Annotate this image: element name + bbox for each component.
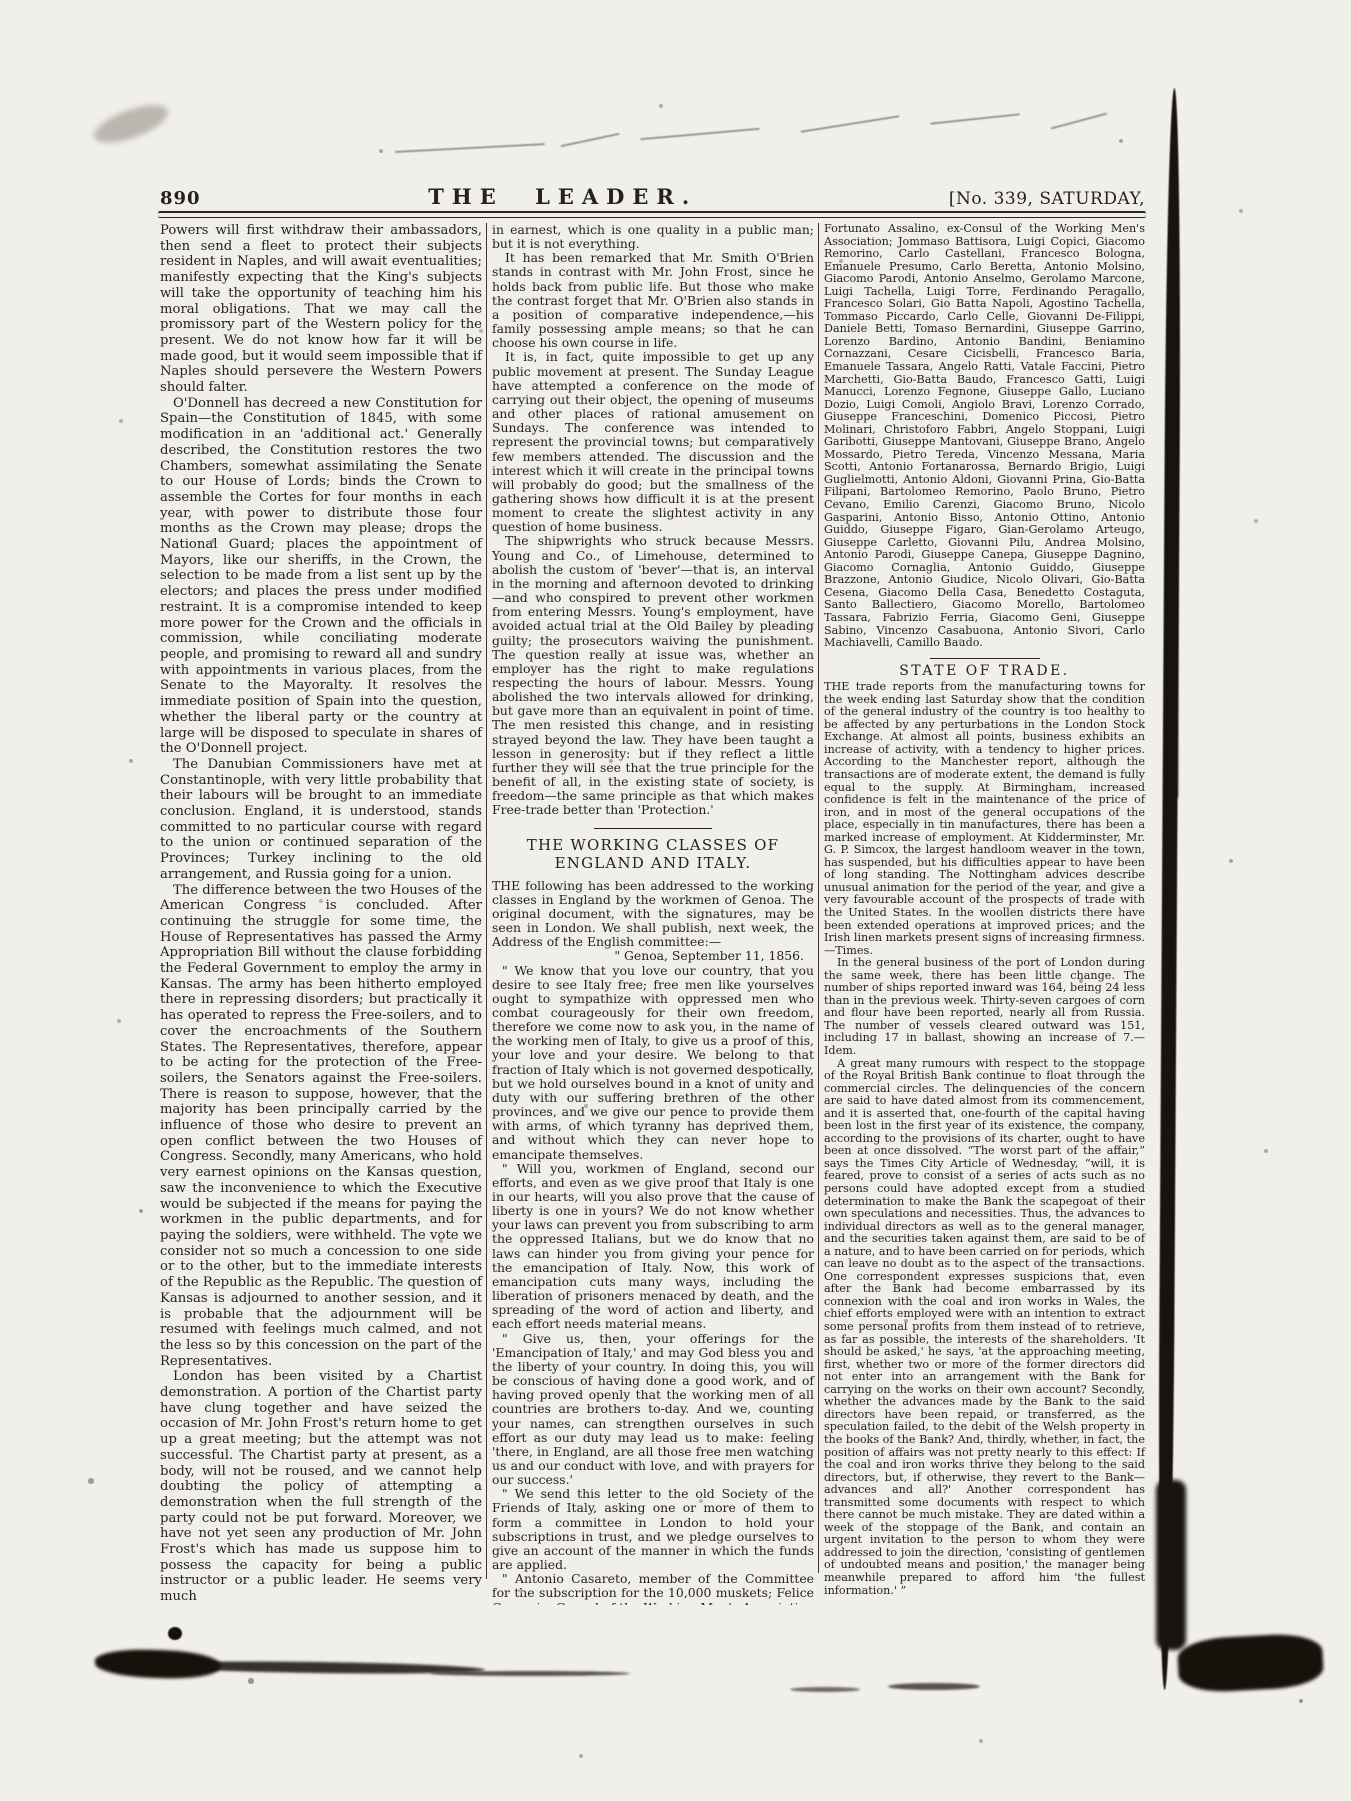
issue-number: [No. 339, SATURDAY, — [949, 189, 1145, 209]
article-heading-state-of-trade: STATE OF TRADE. — [824, 665, 1145, 678]
scan-smudge — [150, 1660, 485, 1676]
letter-dateline: " Genoa, September 11, 1856. — [492, 949, 814, 963]
pencil-mark — [560, 133, 619, 147]
scan-smudge — [430, 1671, 630, 1676]
paragraph: O'Donnell has decreed a new Constitution… — [160, 396, 482, 757]
column-rule-1 — [486, 223, 487, 1579]
article-intro: THE following has been addressed to the … — [492, 879, 814, 950]
letter-paragraph: " We know that you love our country, tha… — [492, 964, 814, 1162]
paragraph: London has been visited by a Chartist de… — [160, 1369, 482, 1605]
letter-body: " We know that you love our country, tha… — [492, 964, 814, 1606]
paragraph: in earnest, which is one quality in a pu… — [492, 223, 814, 251]
scan-gutter-shadow — [1169, 380, 1178, 800]
letter-paragraph: " Give us, then, your offerings for the … — [492, 1332, 814, 1488]
scan-smudge — [790, 1687, 860, 1692]
letter-paragraph: " We send this letter to the old Society… — [492, 1487, 814, 1572]
newspaper-scan-page: 890 THE LEADER. [No. 339, SATURDAY, Powe… — [0, 0, 1351, 1801]
scan-noise-speckles — [0, 0, 2, 2]
paragraph: Powers will first withdraw their ambassa… — [160, 223, 482, 396]
pencil-mark — [640, 128, 760, 140]
column-3: Fortunato Assalino, ex-Consul of the Wor… — [824, 223, 1145, 1605]
masthead-rule — [158, 211, 1146, 218]
scan-corner-smudge — [90, 98, 173, 151]
paragraph: In the general business of the port of L… — [824, 957, 1145, 1057]
letter-signatures: " Antonio Casareto, member of the Commit… — [492, 1572, 814, 1605]
letter-paragraph: " Will you, workmen of England, second o… — [492, 1162, 814, 1332]
masthead: 890 THE LEADER. [No. 339, SATURDAY, — [160, 184, 1145, 209]
scan-gutter-shadow — [1157, 88, 1182, 1690]
paragraph: The Danubian Commissioners have met at C… — [160, 757, 482, 883]
paragraph: The shipwrights who struck because Messr… — [492, 534, 814, 817]
pencil-mark — [930, 113, 1020, 124]
scan-gutter-shadow — [1156, 1480, 1186, 1650]
section-divider-rule — [594, 828, 712, 829]
pencil-mark — [1051, 113, 1108, 130]
pencil-mark — [395, 143, 545, 153]
scan-smudge — [1177, 1632, 1325, 1694]
section-divider-rule — [930, 658, 1040, 659]
column-rule-2 — [818, 223, 819, 1573]
paragraph: THE trade reports from the manufacturing… — [824, 681, 1145, 957]
pencil-mark — [800, 115, 899, 133]
paragraph: It is, in fact, quite impossible to get … — [492, 350, 814, 534]
scan-smudge — [888, 1683, 980, 1690]
ink-blot — [168, 1627, 182, 1640]
page-number: 890 — [160, 188, 201, 209]
column-1: Powers will first withdraw their ambassa… — [160, 223, 482, 1605]
text-columns: Powers will first withdraw their ambassa… — [160, 223, 1148, 1605]
paragraph: A great many rumours with respect to the… — [824, 1058, 1145, 1598]
article-heading-working-classes: THE WORKING CLASSES OF ENGLAND AND ITALY… — [492, 836, 814, 873]
paragraph: The difference between the two Houses of… — [160, 883, 482, 1370]
column-2: in earnest, which is one quality in a pu… — [492, 223, 814, 1605]
letter-signatures-continued: Fortunato Assalino, ex-Consul of the Wor… — [824, 223, 1145, 650]
scan-smudge — [95, 1648, 221, 1680]
masthead-title: THE LEADER. — [428, 184, 697, 209]
paragraph: It has been remarked that Mr. Smith O'Br… — [492, 251, 814, 350]
